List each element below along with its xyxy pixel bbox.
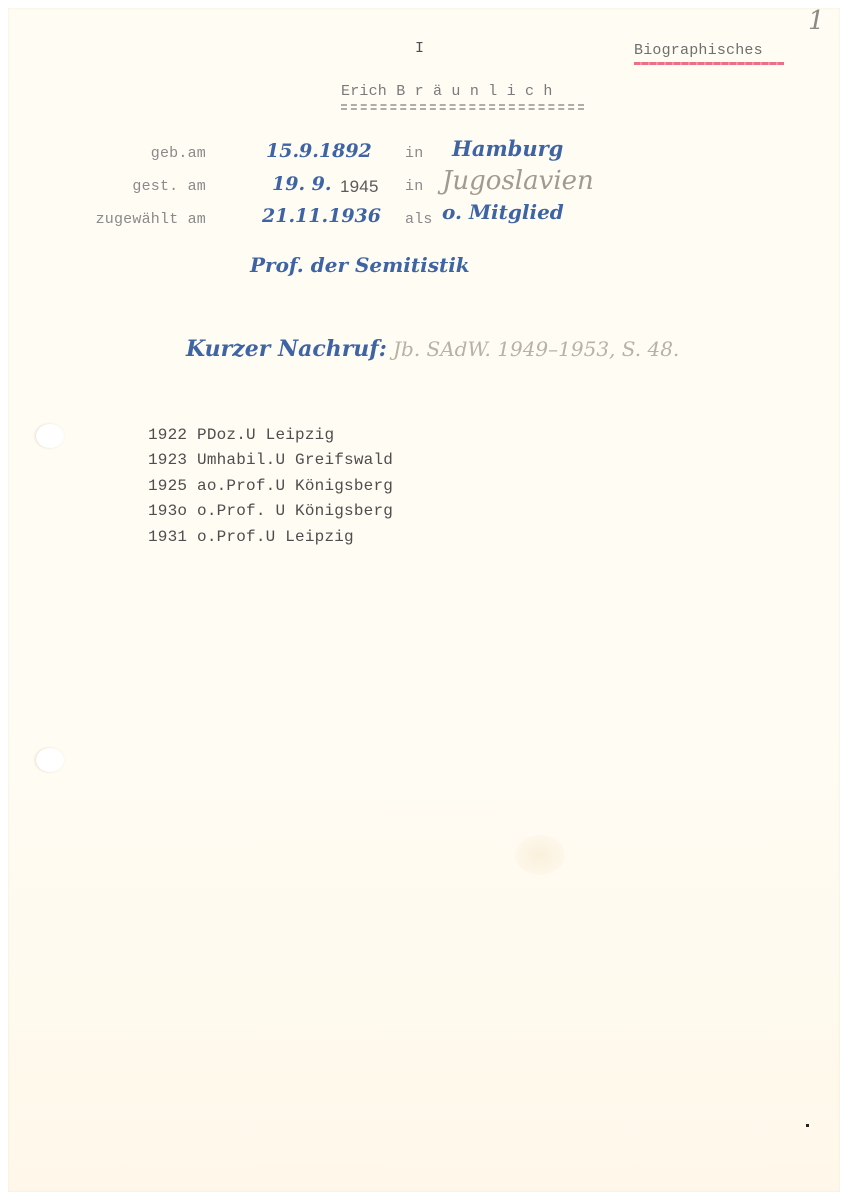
category-underline [634, 62, 784, 65]
ink-dot [806, 1124, 809, 1127]
name-underline [341, 104, 584, 110]
career-year: 193o [148, 502, 187, 520]
obituary-label: Kurzer Nachruf: [186, 336, 387, 362]
obituary-reference: Jb. SAdW. 1949–1953, S. 48. [393, 337, 679, 361]
punch-hole-bottom [36, 748, 64, 772]
career-entry: 1923 Umhabil.U Greifswald [148, 451, 393, 469]
career-text: PDoz.U Leipzig [197, 426, 334, 444]
membership-type: o. Mitglied [442, 200, 564, 224]
punch-hole-top [36, 424, 64, 448]
election-connector: als [405, 211, 433, 228]
career-entry: 1925 ao.Prof.U Königsberg [148, 477, 393, 495]
person-name: Erich B r ä u n l i c h [341, 83, 553, 100]
death-place: Jugoslavien [442, 166, 594, 196]
category-heading: Biographisches [634, 42, 763, 59]
folio-number: 1 [808, 6, 825, 36]
death-connector: in [405, 178, 423, 195]
page-marker: I [415, 40, 424, 57]
career-entry: 193o o.Prof. U Königsberg [148, 502, 393, 520]
birth-connector: in [405, 145, 423, 162]
career-year: 1923 [148, 451, 187, 469]
career-text: o.Prof. U Königsberg [197, 502, 393, 520]
election-date: 21.11.1936 [262, 205, 381, 227]
death-year: 1945 [340, 177, 379, 197]
death-label: gest. am [56, 178, 206, 195]
career-entry: 1931 o.Prof.U Leipzig [148, 528, 354, 546]
career-entry: 1922 PDoz.U Leipzig [148, 426, 334, 444]
career-text: ao.Prof.U Königsberg [197, 477, 393, 495]
career-text: Umhabil.U Greifswald [197, 451, 393, 469]
paper-stain [515, 835, 565, 875]
career-year: 1925 [148, 477, 187, 495]
career-year: 1922 [148, 426, 187, 444]
career-year: 1931 [148, 528, 187, 546]
birth-place: Hamburg [452, 136, 563, 161]
birth-date: 15.9.1892 [266, 140, 372, 162]
election-label: zugewählt am [56, 211, 206, 228]
academic-field: Prof. der Semitistik [250, 253, 470, 277]
birth-label: geb.am [56, 145, 206, 162]
death-date-handwritten: 19. 9. [272, 173, 332, 195]
career-text: o.Prof.U Leipzig [197, 528, 354, 546]
